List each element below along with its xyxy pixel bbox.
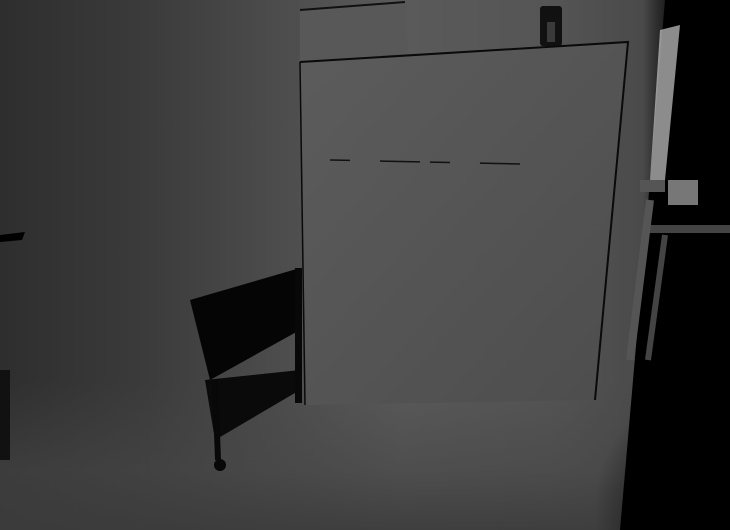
depth-image bbox=[0, 0, 730, 530]
scene-shapes bbox=[0, 0, 730, 530]
cart-table bbox=[190, 268, 302, 471]
